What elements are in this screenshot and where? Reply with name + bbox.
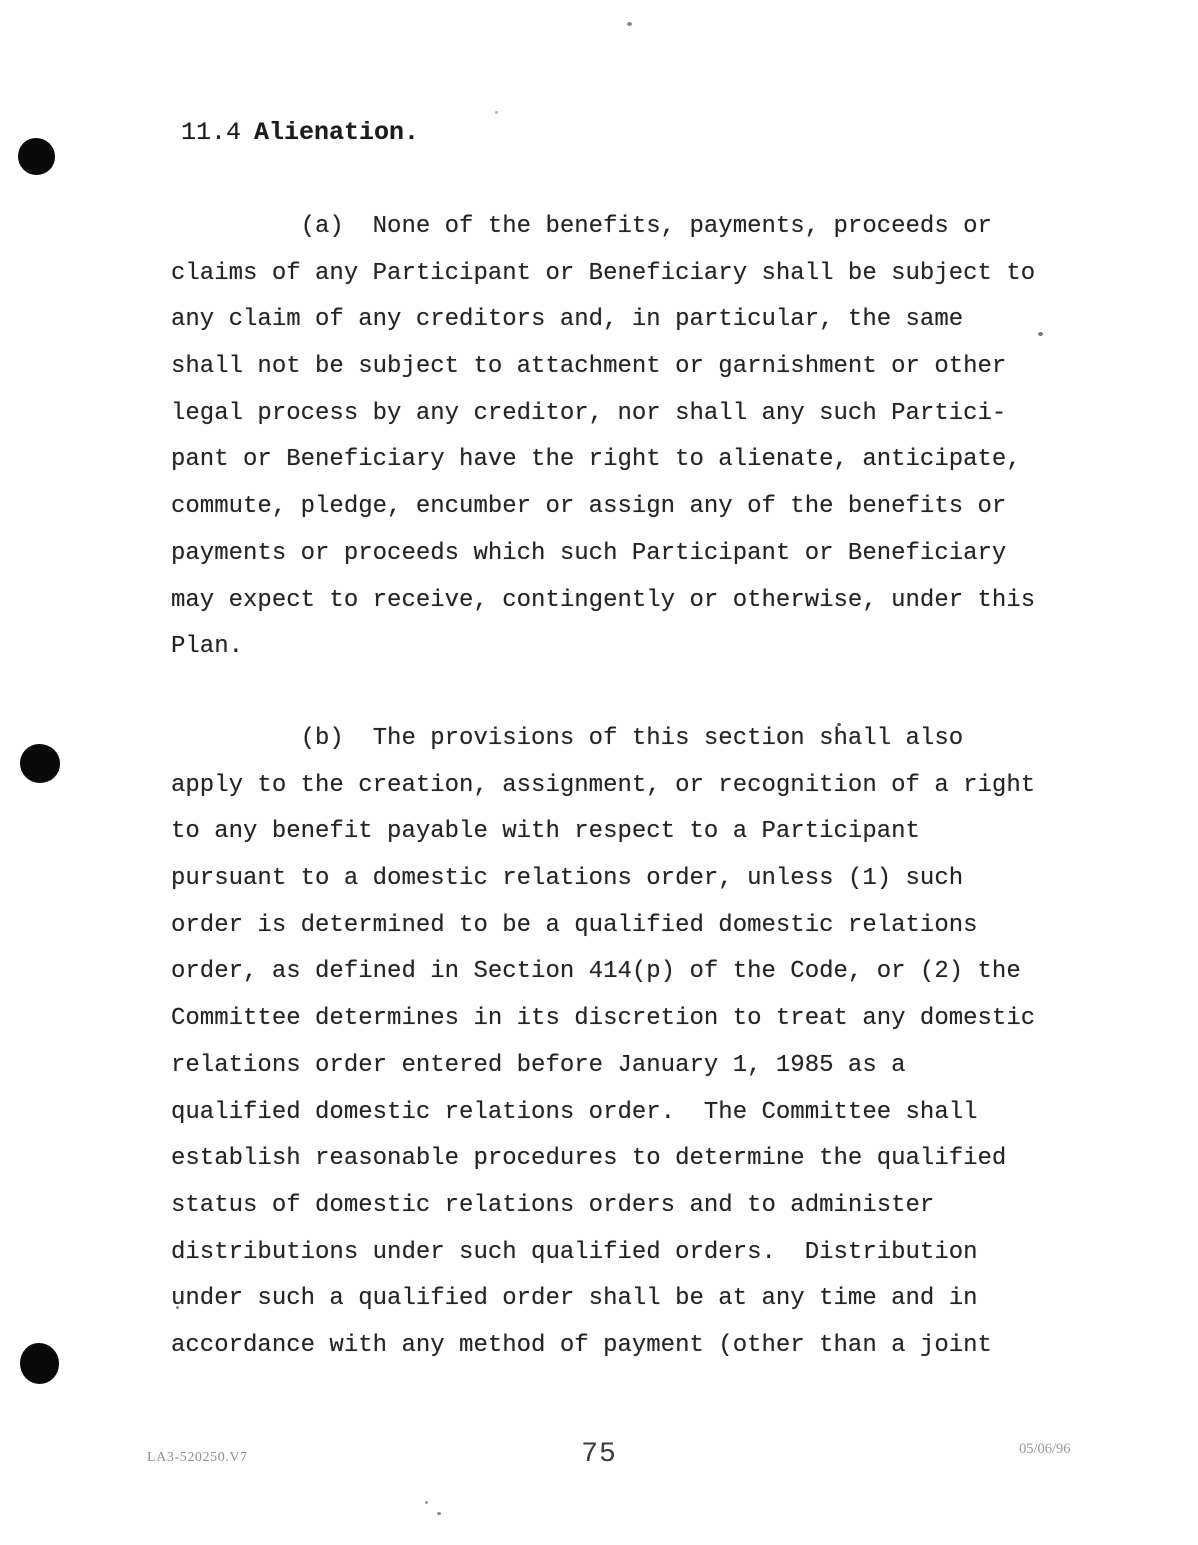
section-title: Alienation. [254, 118, 419, 147]
text-line: Committee determines in its discretion t… [171, 996, 1071, 1043]
text-line: relations order entered before January 1… [171, 1043, 1071, 1090]
hole-punch-top-icon [18, 138, 55, 175]
document-page: 11.4Alienation. (a) None of the benefits… [0, 0, 1198, 1545]
footer-date: 05/06/96 [1019, 1441, 1071, 1458]
scan-speck [1038, 332, 1043, 336]
scan-speck [176, 1306, 179, 1309]
hole-punch-bottom-icon [20, 1343, 59, 1384]
text-line: may expect to receive, contingently or o… [171, 578, 1071, 625]
scan-speck [837, 723, 841, 726]
text-line: distributions under such qualified order… [171, 1230, 1071, 1277]
text-line: pant or Beneficiary have the right to al… [171, 437, 1071, 484]
text-line: under such a qualified order shall be at… [171, 1276, 1071, 1323]
text-line: (a) None of the benefits, payments, proc… [171, 204, 1071, 251]
text-line: commute, pledge, encumber or assign any … [171, 484, 1071, 531]
section-number: 11.4 [181, 118, 241, 147]
text-line: Plan. [171, 624, 1071, 671]
text-line: accordance with any method of payment (o… [171, 1323, 1071, 1370]
text-line: order, as defined in Section 414(p) of t… [171, 949, 1071, 996]
hole-punch-middle-icon [20, 744, 60, 783]
scan-speck [425, 1501, 428, 1504]
text-line: legal process by any creditor, nor shall… [171, 391, 1071, 438]
text-line: to any benefit payable with respect to a… [171, 809, 1071, 856]
text-line: (b) The provisions of this section shall… [171, 716, 1071, 763]
scan-speck [495, 111, 498, 114]
paragraph-a: (a) None of the benefits, payments, proc… [171, 204, 1071, 671]
section-heading: 11.4Alienation. [181, 116, 419, 150]
text-line: claims of any Participant or Beneficiary… [171, 251, 1071, 298]
text-line: pursuant to a domestic relations order, … [171, 856, 1071, 903]
text-line: establish reasonable procedures to deter… [171, 1136, 1071, 1183]
text-line: payments or proceeds which such Particip… [171, 531, 1071, 578]
text-line: shall not be subject to attachment or ga… [171, 344, 1071, 391]
text-line: status of domestic relations orders and … [171, 1183, 1071, 1230]
paragraph-b: (b) The provisions of this section shall… [171, 716, 1071, 1370]
scan-speck [437, 1512, 441, 1515]
text-line: any claim of any creditors and, in parti… [171, 297, 1071, 344]
text-line: apply to the creation, assignment, or re… [171, 763, 1071, 810]
scan-speck [627, 22, 632, 26]
text-line: qualified domestic relations order. The … [171, 1090, 1071, 1137]
text-line: order is determined to be a qualified do… [171, 903, 1071, 950]
